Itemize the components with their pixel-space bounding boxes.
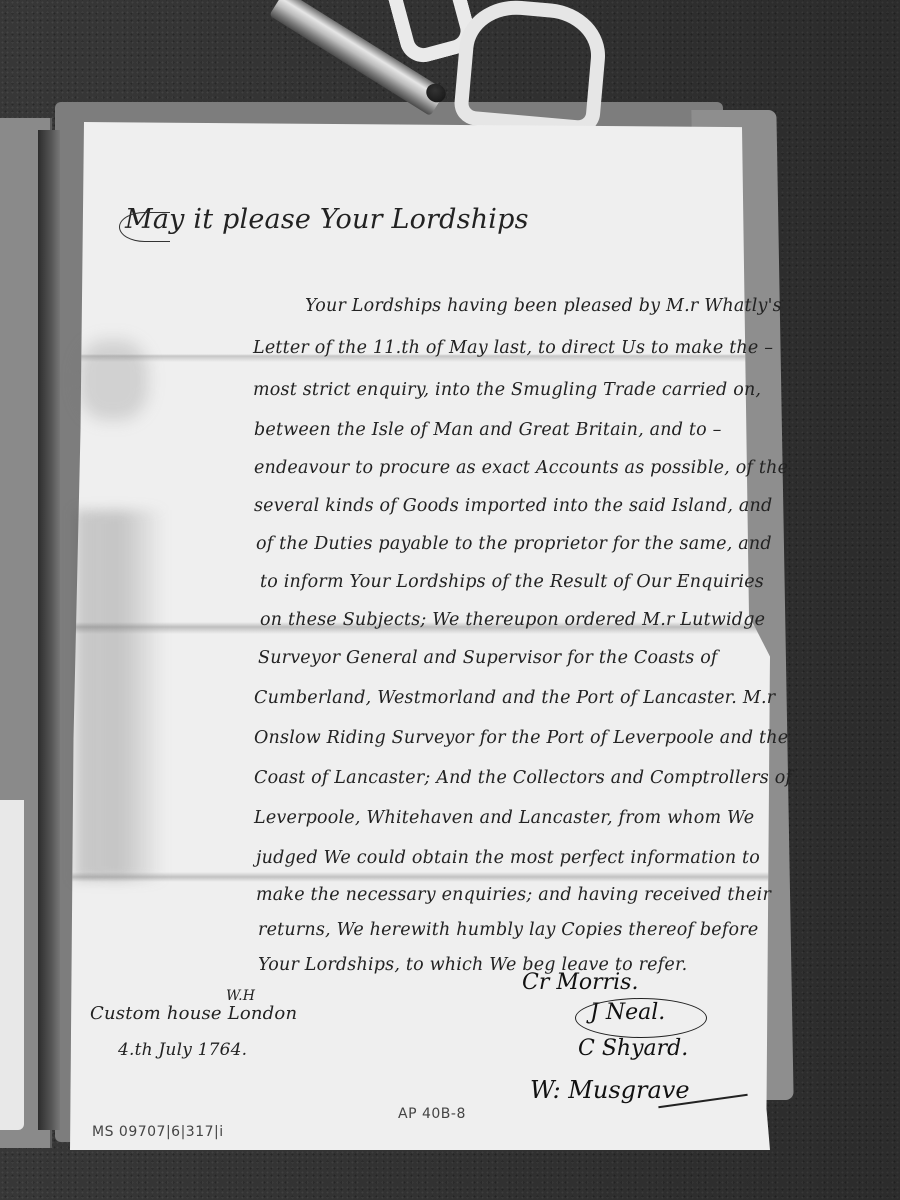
- folder-left-sheet: [0, 800, 24, 1130]
- place-line: Custom house London: [90, 1003, 297, 1024]
- body-line: between the Isle of Man and Great Britai…: [254, 420, 722, 440]
- body-line: on these Subjects; We thereupon ordered …: [260, 610, 765, 630]
- date-line: 4.th July 1764.: [118, 1040, 247, 1060]
- place-insert-note: W.H: [226, 988, 255, 1004]
- signature-musgrave: W: Musgrave: [530, 1076, 690, 1104]
- body-line: Surveyor General and Supervisor for the …: [258, 648, 718, 668]
- body-line: endeavour to procure as exact Accounts a…: [254, 458, 788, 478]
- body-line: Cumberland, Westmorland and the Port of …: [254, 688, 775, 708]
- body-line: to inform Your Lordships of the Result o…: [260, 572, 764, 592]
- paper-stain-top: [78, 340, 148, 420]
- body-line: Letter of the 11.th of May last, to dire…: [253, 338, 773, 358]
- body-line: judged We could obtain the most perfect …: [256, 848, 760, 868]
- archive-ref-ap: AP 40B-8: [398, 1106, 466, 1122]
- body-line: Your Lordships having been pleased by M.…: [305, 296, 782, 316]
- paper-stain: [75, 510, 165, 880]
- letter-paper: [70, 122, 770, 1150]
- body-line: several kinds of Goods imported into the…: [254, 496, 772, 516]
- body-line: most strict enquiry, into the Smugling T…: [253, 380, 761, 400]
- body-line: of the Duties payable to the proprietor …: [256, 534, 772, 554]
- ribbon-loop-right: [453, 0, 610, 136]
- body-line: Coast of Lancaster; And the Collectors a…: [254, 768, 792, 788]
- folder-gutter: [38, 130, 60, 1130]
- body-line: returns, We herewith humbly lay Copies t…: [258, 920, 758, 940]
- salutation: May it please Your Lordships: [125, 204, 529, 235]
- body-line: Leverpoole, Whitehaven and Lancaster, fr…: [254, 808, 754, 828]
- signature-morris: Cr Morris.: [522, 970, 638, 995]
- signature-shyard: C Shyard.: [578, 1036, 688, 1061]
- body-line: Onslow Riding Surveyor for the Port of L…: [254, 728, 788, 748]
- body-line: make the necessary enquiries; and having…: [256, 885, 771, 905]
- archive-ref-ms: MS 09707|6|317|i: [92, 1124, 224, 1140]
- signature-neal: J Neal.: [590, 1000, 665, 1025]
